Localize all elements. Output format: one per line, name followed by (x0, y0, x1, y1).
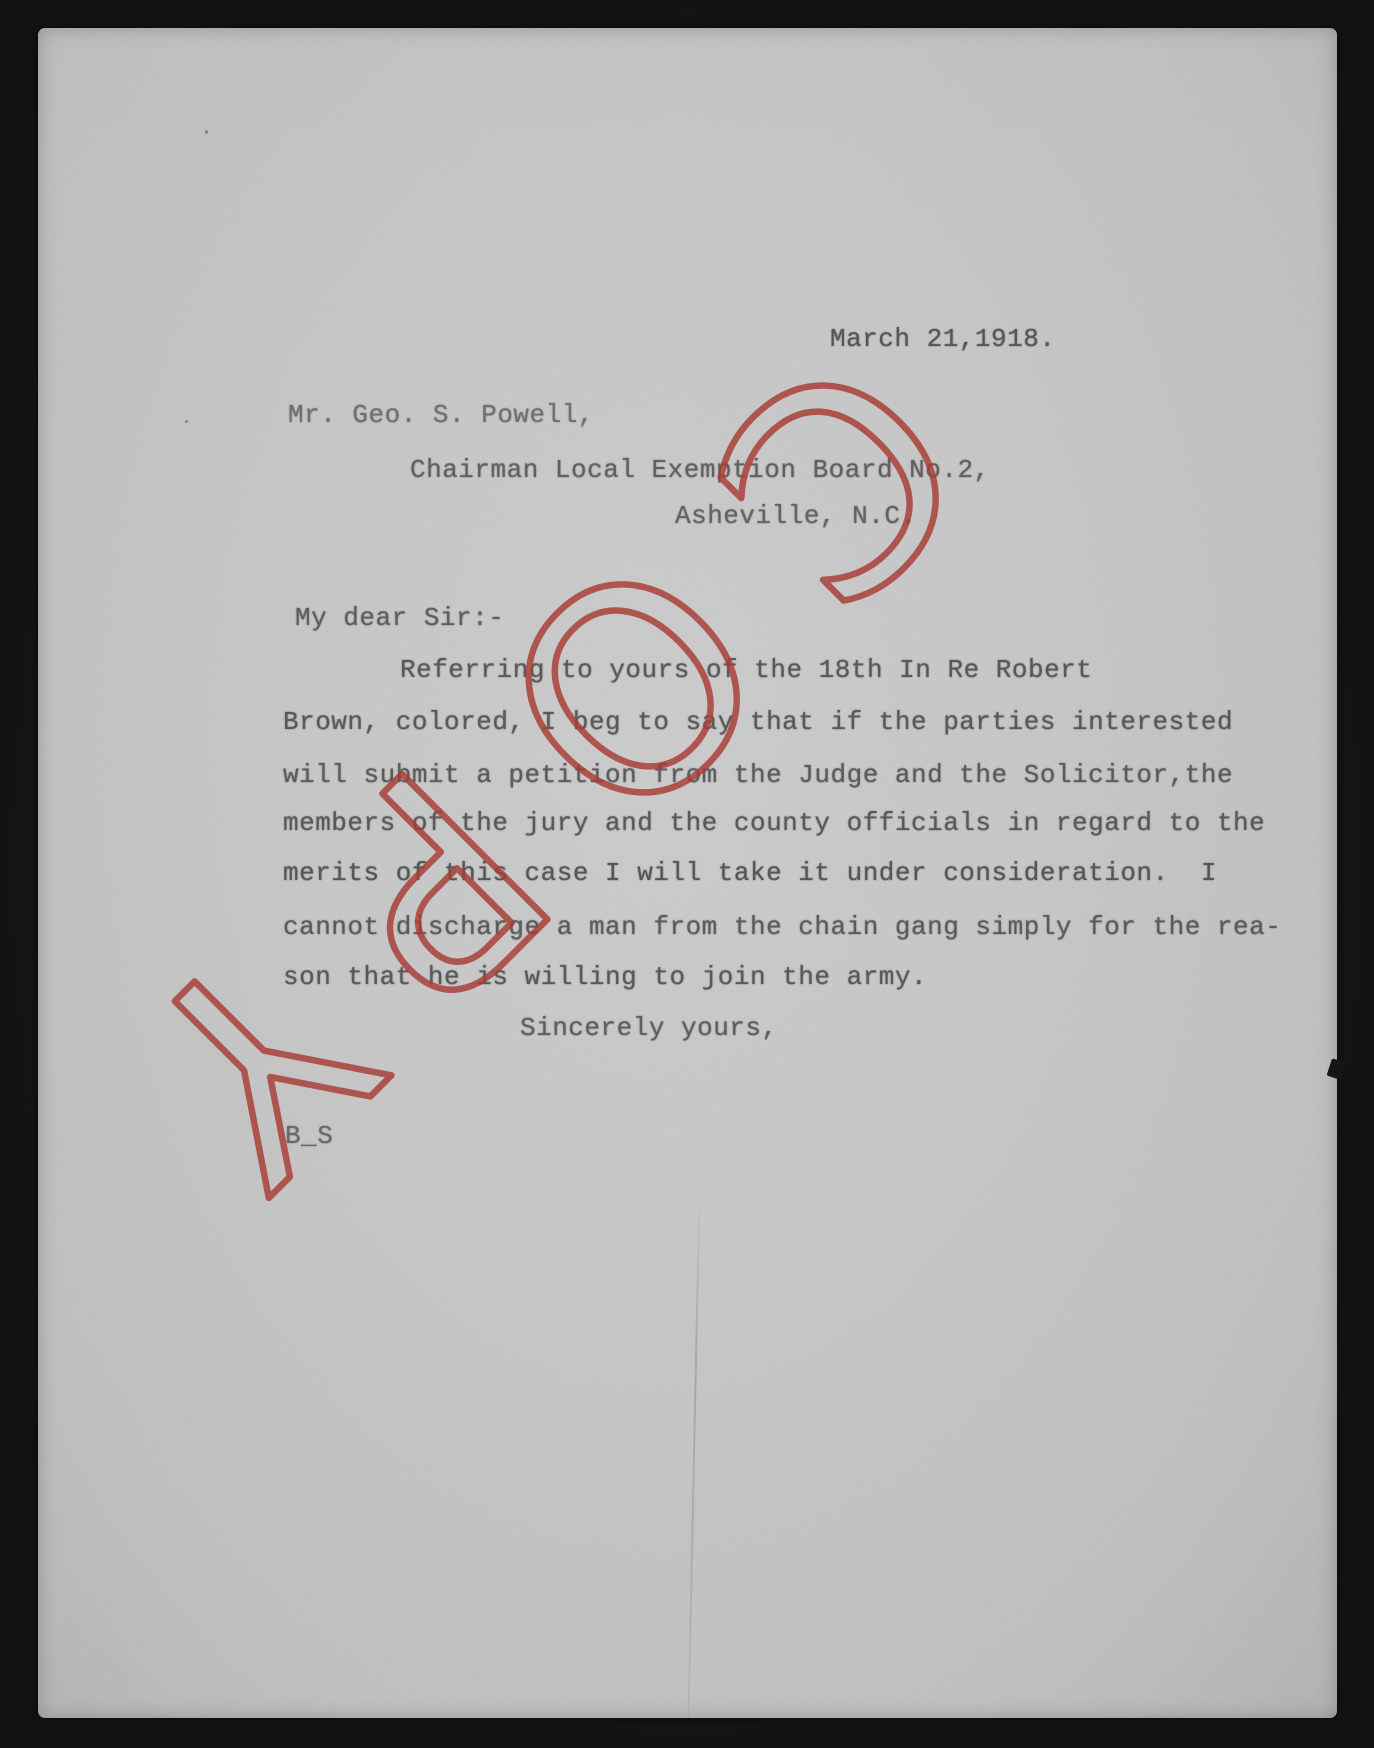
recipient-name: Mr. Geo. S. Powell, (288, 399, 594, 431)
paper-speck (185, 420, 188, 423)
letter-date: March 21,1918. (830, 323, 1055, 355)
paper-crease (688, 1193, 701, 1718)
body-line: Referring to yours of the 18th In Re Rob… (400, 654, 1092, 686)
body-line: Brown, colored, I beg to say that if the… (283, 706, 1233, 738)
body-line: son that he is willing to join the army. (283, 961, 927, 993)
recipient-city: Asheville, N.C. (675, 500, 917, 532)
paper-speck (205, 130, 208, 134)
body-line: cannot discharge a man from the chain ga… (283, 911, 1281, 943)
body-line: members of the jury and the county offic… (283, 807, 1265, 839)
salutation: My dear Sir:- (295, 602, 504, 634)
body-line: will submit a petition from the Judge an… (283, 759, 1233, 791)
body-line: merits of this case I will take it under… (283, 857, 1217, 889)
recipient-title: Chairman Local Exemption Board No.2, (410, 454, 990, 486)
closing-signature-line: Sincerely yours, (520, 1012, 778, 1044)
typist-initials: B_S (285, 1120, 333, 1152)
letter-page: March 21,1918. Mr. Geo. S. Powell, Chair… (38, 28, 1337, 1718)
